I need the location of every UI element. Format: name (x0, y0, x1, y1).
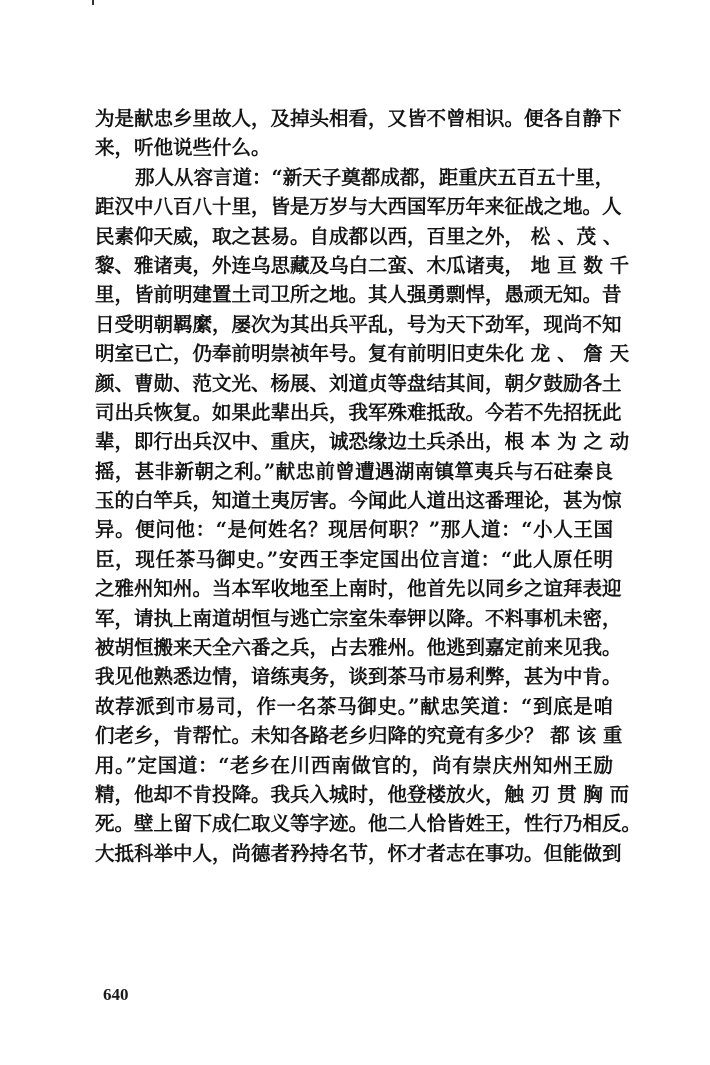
text-line: 异。便问他：“是何姓名？现居何职？”那人道：“小人王国 (95, 515, 613, 544)
text-line: 为是献忠乡里故人，及掉头相看，又皆不曾相识。便各自静下 (95, 104, 613, 133)
text-line: 被胡恒搬来天全六番之兵，占去雅州。他逃到嘉定前来见我。 (95, 633, 613, 662)
text-line: 来，听他说些什么。 (95, 133, 613, 162)
text-line: 民素仰天威，取之甚易。自成都以西，百里之外， 松 、茂 、 (95, 222, 613, 251)
text-line: 臣，现任茶马御史。”安西王李定国出位言道：“此人原任明 (95, 545, 613, 574)
text-line: 黎、雅诸夷，外连乌思藏及乌白二蛮、木瓜诸夷， 地 亘 数 千 (95, 251, 613, 280)
text-line: 里，皆前明建置土司卫所之地。其人强勇剽悍，愚顽无知。昔 (95, 280, 613, 309)
text-line: 之雅州知州。当本军收地至上南时，他首先以同乡之谊拜表迎 (95, 574, 613, 603)
text-line: 们老乡，肯帮忙。未知各路老乡归降的究竟有多少？ 都 该 重 (95, 721, 613, 750)
text-line: 死。壁上留下成仁取义等字迹。他二人恰皆姓王，性行乃相反。 (95, 809, 613, 838)
text-line: 大抵科举中人，尚德者矜持名节，怀才者志在事功。但能做到 (95, 839, 613, 868)
text-line: 故荐派到市易司，作一名茶马御史。”献忠笑道：“到底是咱 (95, 692, 613, 721)
text-line: 距汉中八百八十里，皆是万岁与大西国军历年来征战之地。人 (95, 192, 613, 221)
text-line: 辈，即行出兵汉中、重庆，诚恐缘边土兵杀出，根 本 为 之 动 (95, 427, 613, 456)
text-line: 日受明朝羁縻，屡次为其出兵平乱，号为天下劲军，现尚不知 (95, 310, 613, 339)
page-number: 640 (103, 985, 129, 1005)
text-line: 摇，甚非新朝之利。”献忠前曾遭遇湖南镇筸夷兵与石砫秦良 (95, 457, 613, 486)
book-page: 为是献忠乡里故人，及掉头相看，又皆不曾相识。便各自静下来，听他说些什么。那人从容… (0, 0, 710, 1065)
text-line: 我见他熟悉边情，谙练夷务，谈到茶马市易利弊，甚为中肯。 (95, 662, 613, 691)
scan-artifact-mark (92, 0, 94, 5)
text-line: 颜、曹勋、范文光、杨展、刘道贞等盘结其间，朝夕鼓励各土 (95, 369, 613, 398)
text-line: 玉的白竿兵，知道土夷厉害。今闻此人道出这番理论，甚为惊 (95, 486, 613, 515)
text-line: 军，请执上南道胡恒与逃亡宗室朱奉钾以降。不料事机未密， (95, 604, 613, 633)
text-line: 用。”定国道：“老乡在川西南做官的，尚有崇庆州知州王励 (95, 751, 613, 780)
text-line: 精，他却不肯投降。我兵入城时，他登楼放火，触 刃 贯 胸 而 (95, 780, 613, 809)
text-line: 司出兵恢复。如果此辈出兵，我军殊难抵敌。今若不先招抚此 (95, 398, 613, 427)
text-line: 那人从容言道：“新天子奠都成都，距重庆五百五十里， (95, 163, 613, 192)
text-line: 明室已亡，仍奉前明崇祯年号。复有前明旧吏朱化 龙 、 詹 天 (95, 339, 613, 368)
body-text: 为是献忠乡里故人，及掉头相看，又皆不曾相识。便各自静下来，听他说些什么。那人从容… (95, 104, 613, 868)
